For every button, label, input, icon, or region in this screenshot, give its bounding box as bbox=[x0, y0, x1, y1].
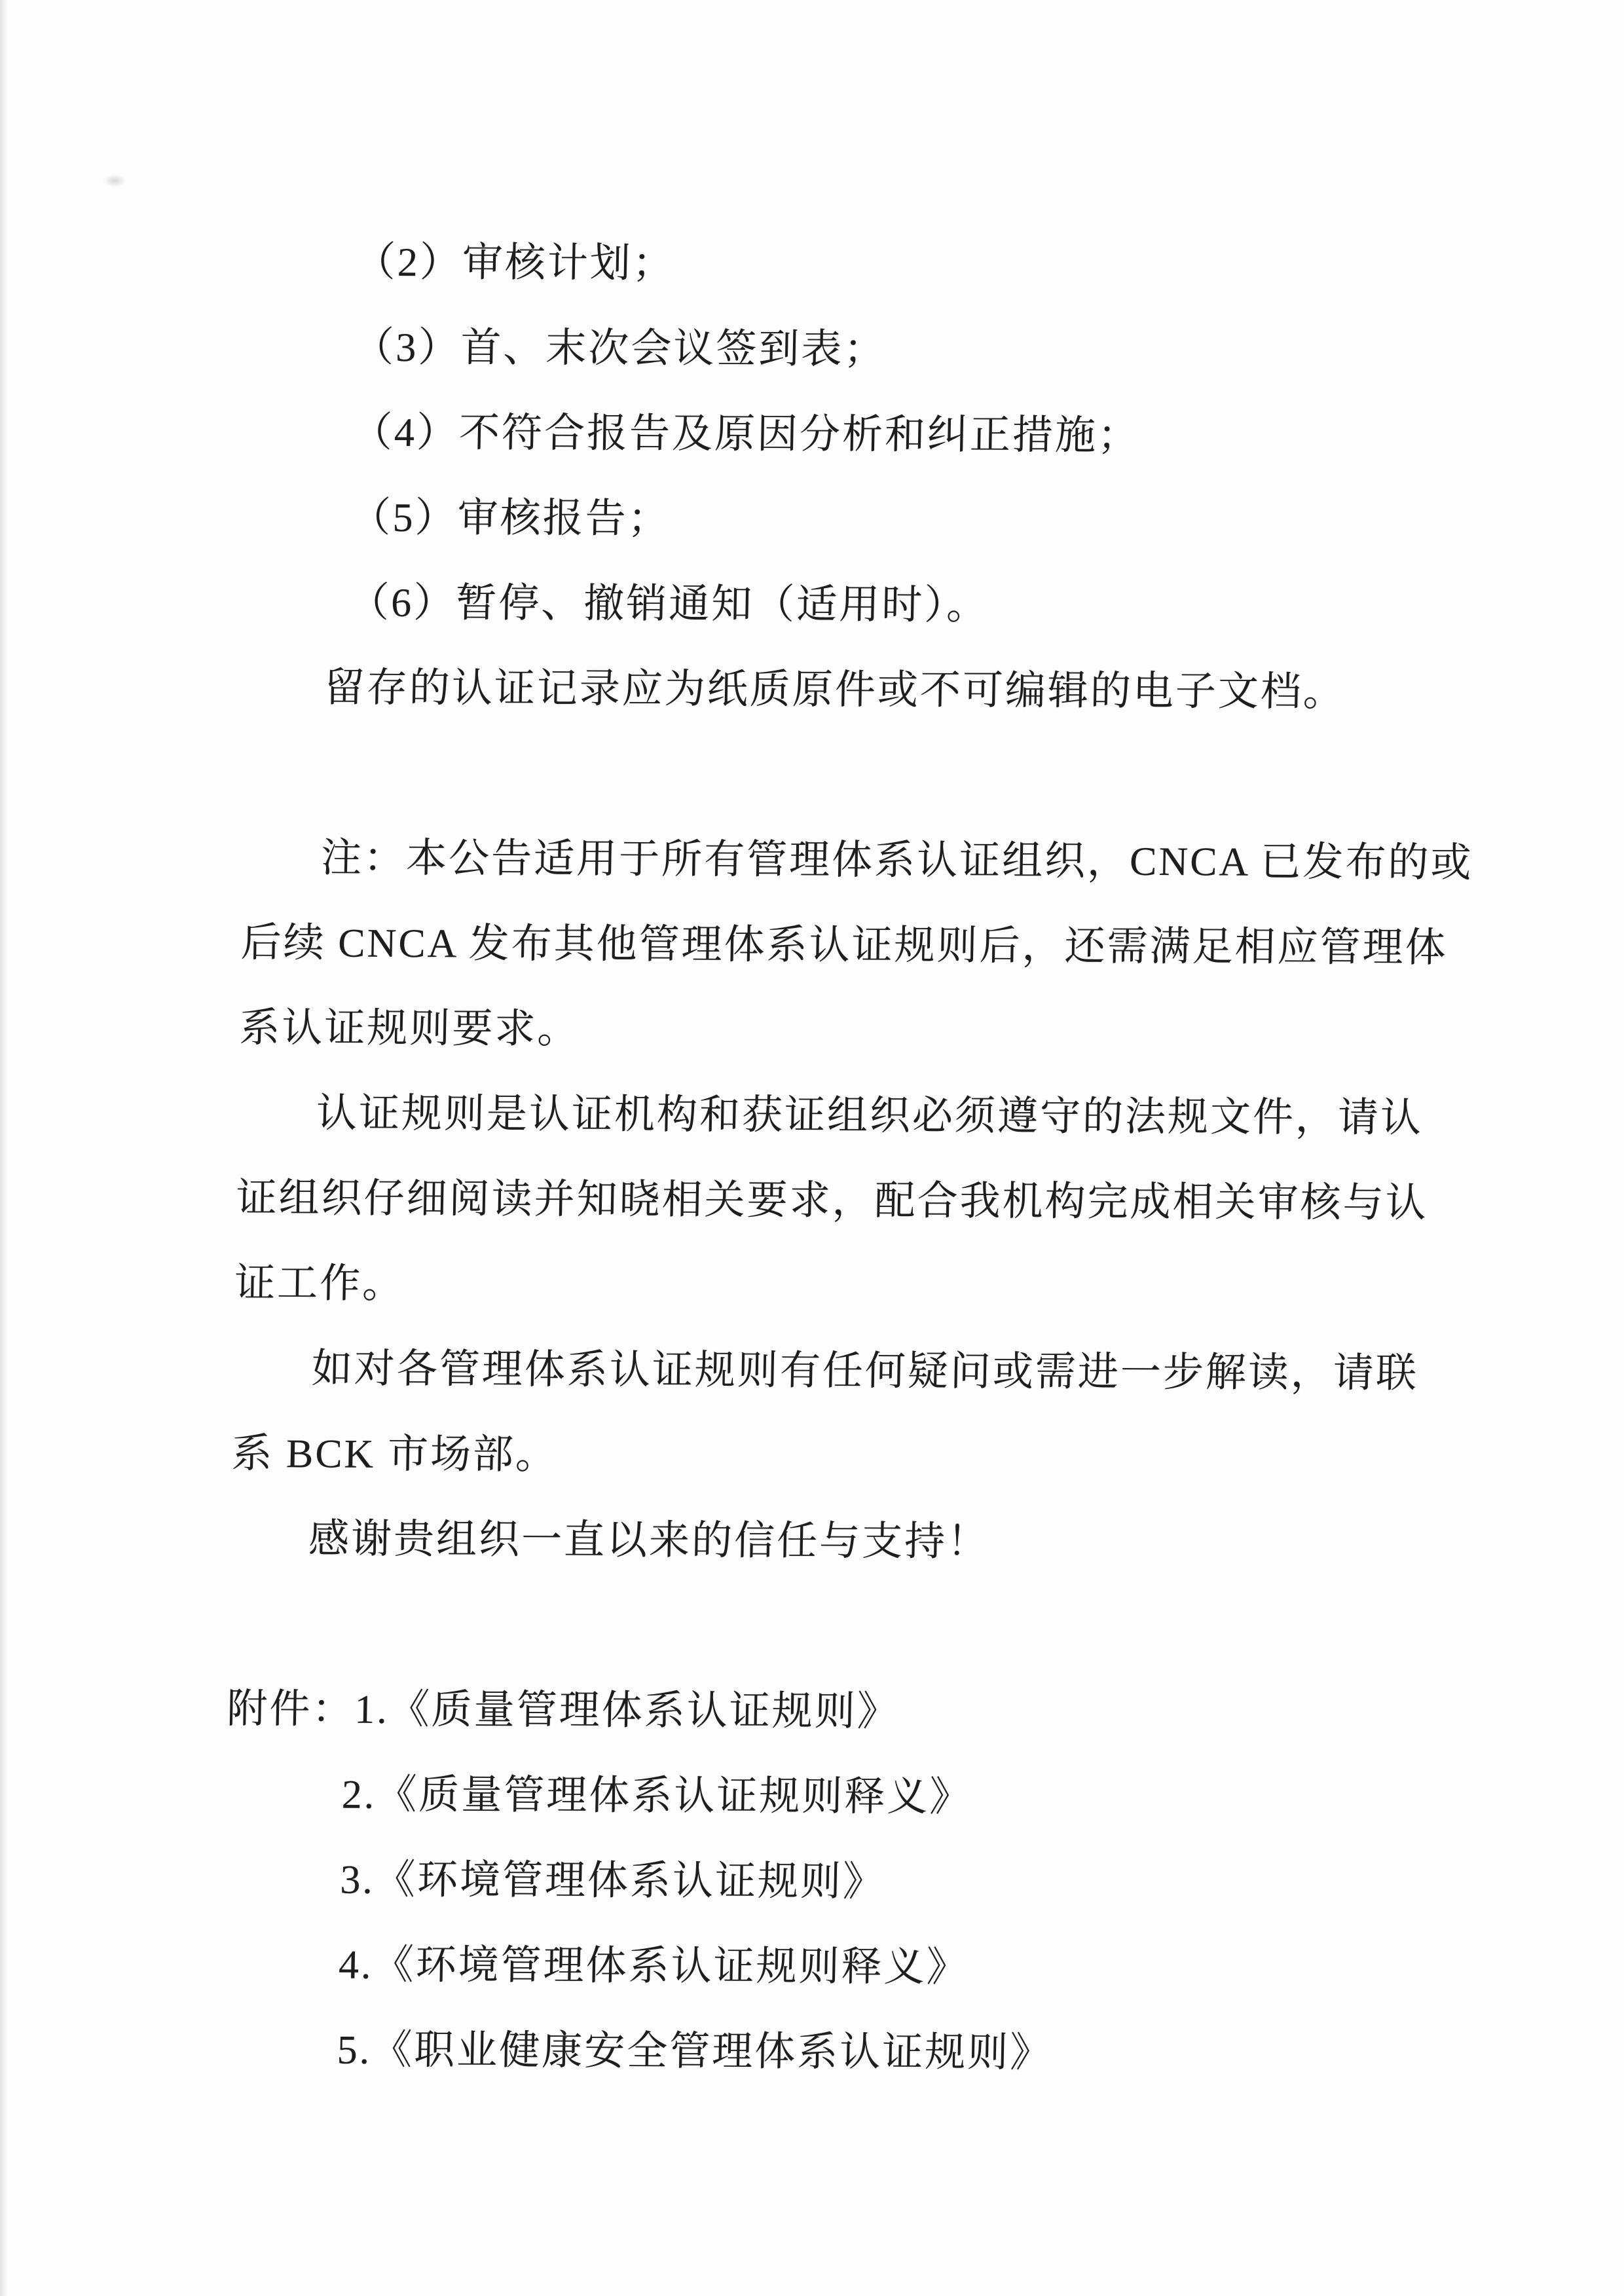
text-line: 2.《质量管理体系认证规则释义》 bbox=[225, 1752, 1405, 1842]
text-line: 证组织仔细阅读并知晓相关要求，配合我机构完成相关审核与认 bbox=[235, 1156, 1415, 1246]
text-line: 附件：1.《质量管理体系认证规则》 bbox=[226, 1667, 1406, 1757]
scan-edge-shading bbox=[0, 0, 8, 2296]
text-line: 系 BCK 市场部。 bbox=[231, 1411, 1411, 1502]
text-line: （6）暂停、撤销通知（适用时）。 bbox=[246, 560, 1426, 650]
text-line: 注：本公告适用于所有管理体系认证组织，CNCA 已发布的或 bbox=[242, 815, 1422, 906]
text-line: 5.《职业健康安全管理体系认证规则》 bbox=[220, 2007, 1400, 2098]
text-line: 留存的认证记录应为纸质原件或不可编辑的电子文档。 bbox=[245, 645, 1425, 735]
text-line: 如对各管理体系认证规则有任何疑问或需进一步解读，请联 bbox=[232, 1326, 1412, 1416]
blank-line bbox=[227, 1582, 1407, 1672]
text-line: （3）首、末次会议签到表； bbox=[251, 305, 1431, 395]
text-line: 感谢贵组织一直以来的信任与支持！ bbox=[229, 1496, 1409, 1587]
text-line: 系认证规则要求。 bbox=[238, 986, 1418, 1076]
blank-line bbox=[243, 730, 1423, 821]
text-line: 认证规则是认证机构和获证组织必须遵守的法规文件，请认 bbox=[237, 1071, 1417, 1161]
scanned-document-page: { "page": { "kind": "scanned-notice-page… bbox=[0, 0, 1624, 2296]
text-line: （4）不符合报告及原因分析和纠正措施； bbox=[249, 390, 1430, 480]
text-line: （2）审核计划； bbox=[253, 219, 1433, 310]
text-line: （5）审核报告； bbox=[248, 475, 1428, 565]
scan-artifact bbox=[103, 174, 126, 187]
text-line: 后续 CNCA 发布其他管理体系认证规则后，还需满足相应管理体 bbox=[240, 900, 1420, 991]
text-line: 3.《环境管理体系认证规则》 bbox=[223, 1837, 1403, 1927]
text-line: 4.《环境管理体系认证规则释义》 bbox=[221, 1922, 1401, 2012]
text-line: 证工作。 bbox=[234, 1241, 1414, 1331]
document-body: （2）审核计划；（3）首、末次会议签到表；（4）不符合报告及原因分析和纠正措施；… bbox=[220, 219, 1433, 2098]
